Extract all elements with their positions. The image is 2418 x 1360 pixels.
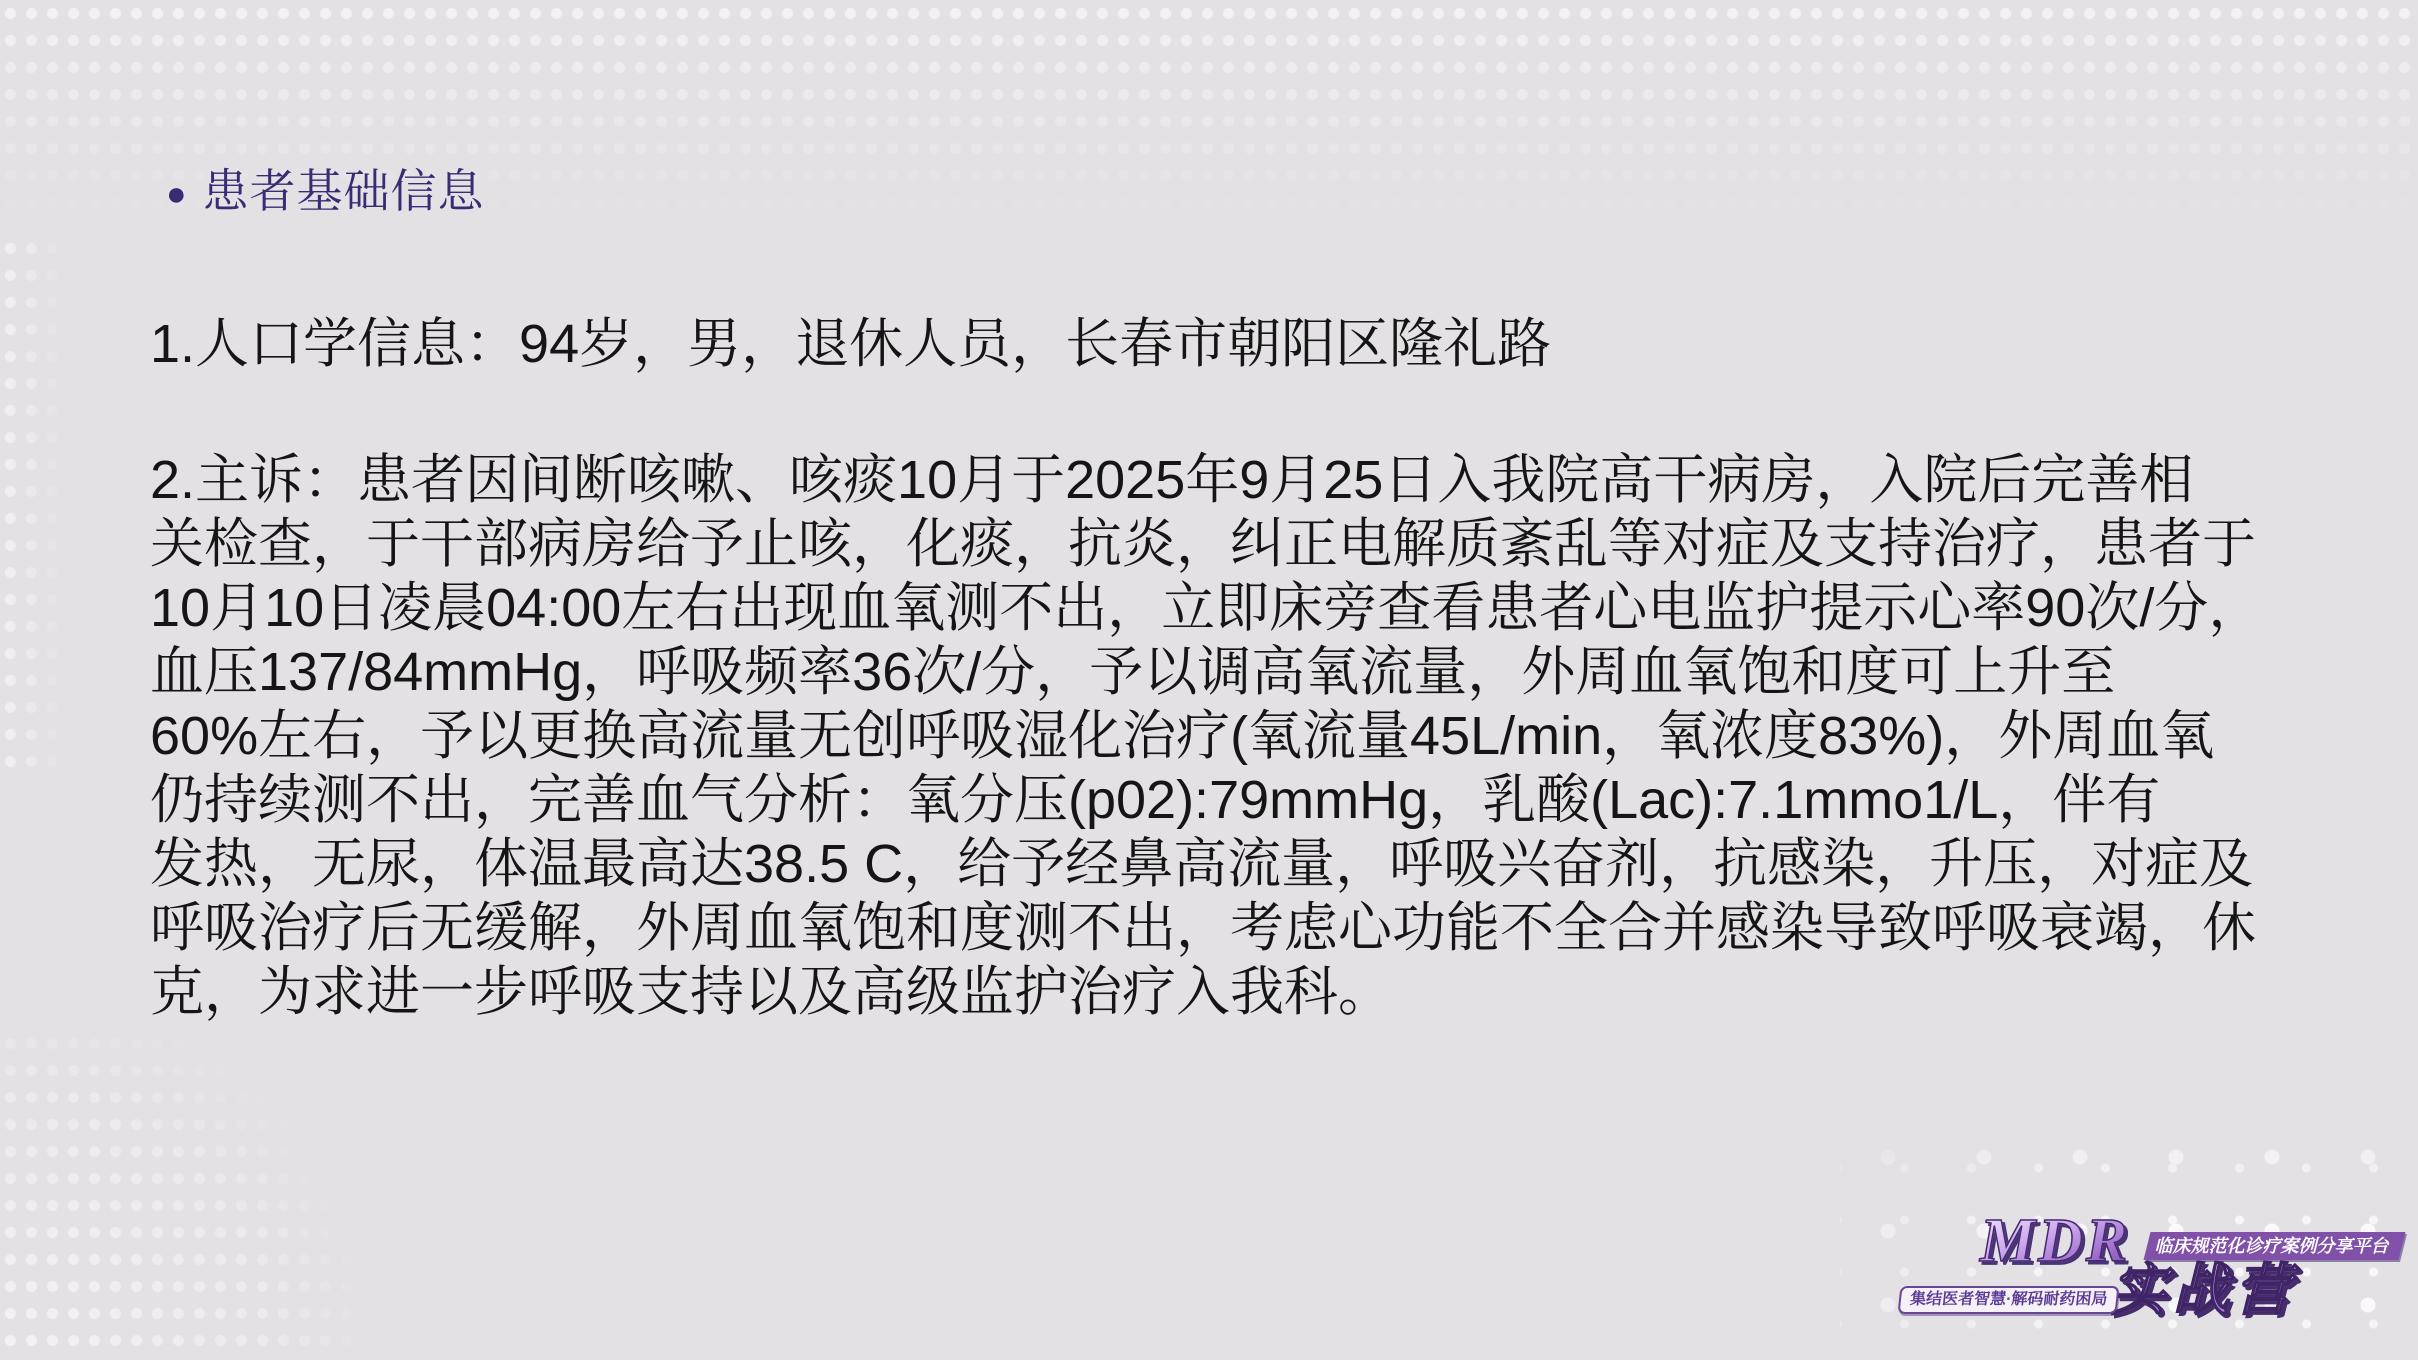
body-line: 关检查，于干部病房给予止咳，化痰，抗炎，纠正电解质紊乱等对症及支持治疗，患者于: [150, 512, 2262, 576]
mdr-logo-subbrand-text: 实战营: [2111, 1262, 2297, 1318]
mdr-logo: MDR 临床规范化诊疗案例分享平台 实战营 集结医者智慧·解码耐药困局: [1895, 1210, 2415, 1340]
dot-pattern-left-edge: [0, 235, 70, 775]
body-line: 克，为求进一步呼吸支持以及高级监护治疗入我科。: [150, 960, 2262, 1024]
slide-title-row: ● 患者基础信息: [166, 164, 485, 219]
body-line: 仍持续测不出，完善血气分析：氧分压(p02):79mmHg，乳酸(Lac):7.…: [150, 768, 2262, 832]
paragraph-demographics: 1.人口学信息：94岁，男，退休人员，长春市朝阳区隆礼路: [150, 312, 1551, 376]
body-line: 2.主诉：患者因间断咳嗽、咳痰10月于2025年9月25日入我院高干病房，入院后…: [150, 448, 2262, 512]
bullet-icon: ●: [166, 177, 187, 211]
mdr-logo-tagline-banner: 临床规范化诊疗案例分享平台: [2144, 1232, 2406, 1260]
body-line: 呼吸治疗后无缓解，外周血氧饱和度测不出，考虑心功能不全合并感染导致呼吸衰竭，休: [150, 896, 2262, 960]
body-line: 1.人口学信息：94岁，男，退休人员，长春市朝阳区隆礼路: [150, 312, 1551, 376]
paragraph-chief-complaint: 2.主诉：患者因间断咳嗽、咳痰10月于2025年9月25日入我院高干病房，入院后…: [150, 448, 2262, 1024]
body-line: 血压137/84mmHg，呼吸频率36次/分，予以调高氧流量，外周血氧饱和度可上…: [150, 640, 2262, 704]
page-title: 患者基础信息: [203, 164, 485, 219]
dot-pattern-bottom-left: [0, 1030, 360, 1360]
mdr-logo-brand-text: MDR: [1980, 1210, 2130, 1272]
body-line: 发热，无尿，体温最高达38.5 C，给予经鼻高流量，呼吸兴奋剂，抗感染，升压，对…: [150, 832, 2262, 896]
body-line: 10月10日凌晨04:00左右出现血氧测不出，立即床旁查看患者心电监护提示心率9…: [150, 576, 2262, 640]
mdr-logo-slogan-badge: 集结医者智慧·解码耐药困局: [1898, 1286, 2120, 1314]
body-line: 60%左右，予以更换高流量无创呼吸湿化治疗(氧流量45L/min，氧浓度83%)…: [150, 704, 2262, 768]
slide: ● 患者基础信息 1.人口学信息：94岁，男，退休人员，长春市朝阳区隆礼路 2.…: [0, 0, 2418, 1360]
